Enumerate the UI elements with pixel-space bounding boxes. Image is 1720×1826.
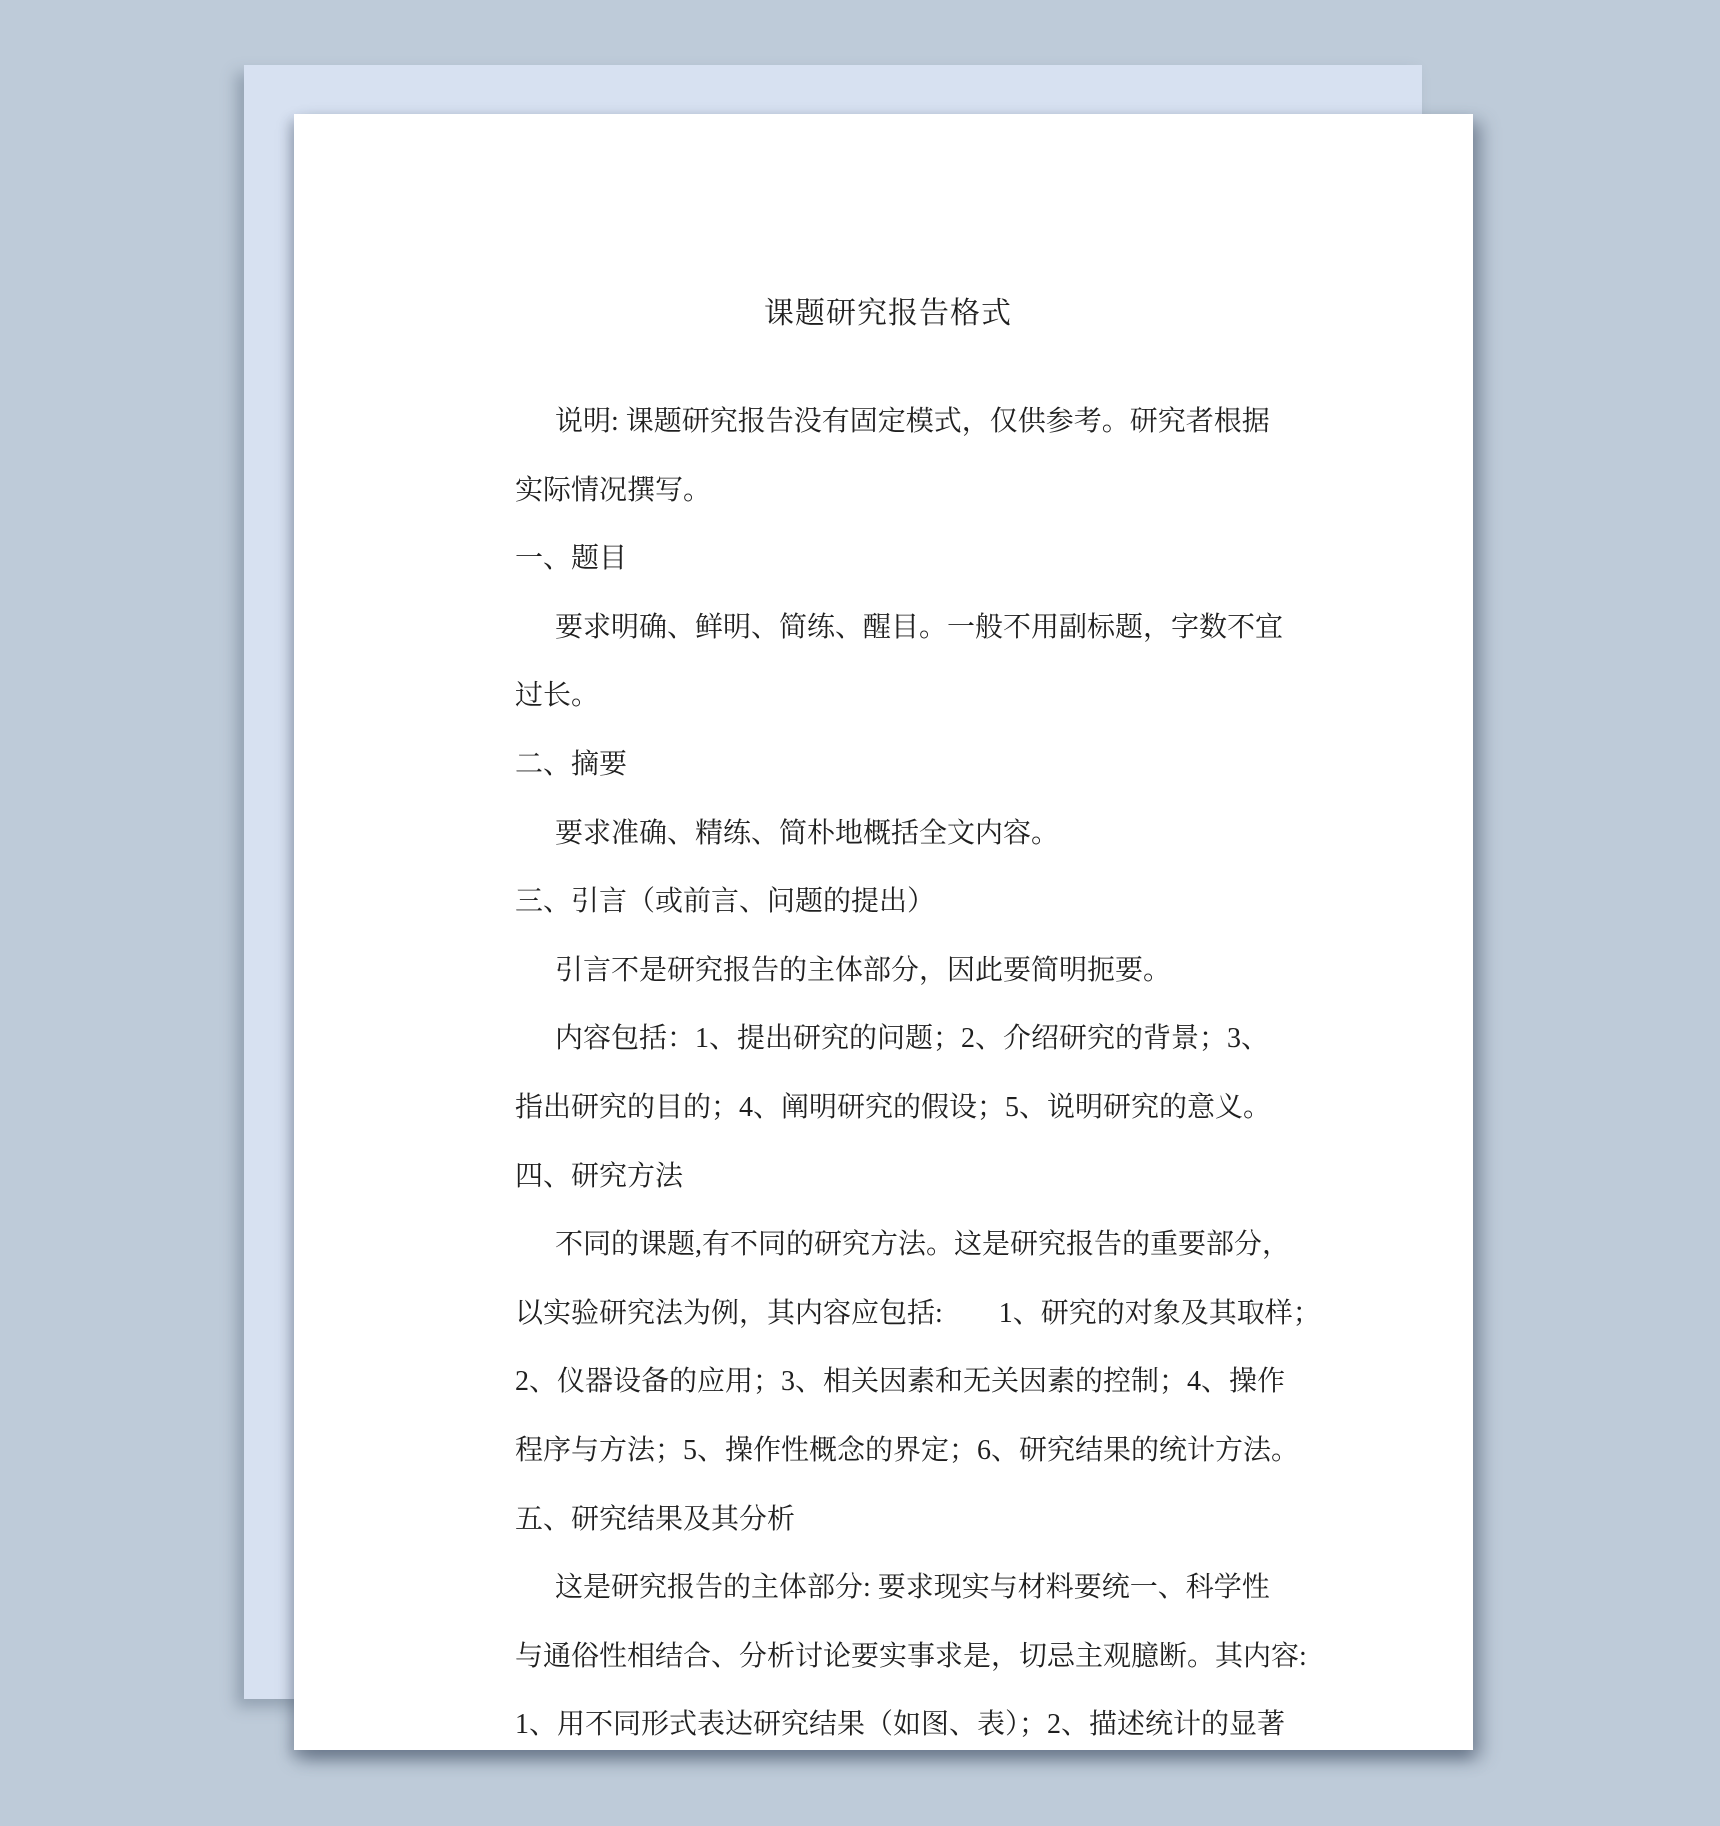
document-line: 内容包括：1、提出研究的问题；2、介绍研究的背景；3、 bbox=[515, 1005, 1261, 1074]
document-line: 程序与方法；5、操作性概念的界定；6、研究结果的统计方法。 bbox=[515, 1417, 1261, 1486]
document-line: 一、题目 bbox=[515, 525, 1261, 594]
document-line: 实际情况撰写。 bbox=[515, 457, 1261, 526]
desk-background: 课题研究报告格式 说明: 课题研究报告没有固定模式，仅供参考。研究者根据实际情况… bbox=[0, 0, 1720, 1826]
document-line: 过长。 bbox=[515, 662, 1261, 731]
document-line: 指出研究的目的；4、阐明研究的假设；5、说明研究的意义。 bbox=[515, 1074, 1261, 1143]
document-line: 以实验研究法为例，其内容应包括: 1、研究的对象及其取样； bbox=[515, 1280, 1261, 1349]
document-line: 五、研究结果及其分析 bbox=[515, 1486, 1261, 1555]
document-line: 要求准确、精练、简朴地概括全文内容。 bbox=[515, 800, 1261, 869]
document-line: 1、用不同形式表达研究结果（如图、表）；2、描述统计的显著 bbox=[515, 1691, 1261, 1760]
document-line: 三、引言（或前言、问题的提出） bbox=[515, 868, 1261, 937]
document-lines: 说明: 课题研究报告没有固定模式，仅供参考。研究者根据实际情况撰写。一、题目要求… bbox=[515, 388, 1261, 1760]
document-content: 课题研究报告格式 说明: 课题研究报告没有固定模式，仅供参考。研究者根据实际情况… bbox=[515, 291, 1261, 1760]
document-page: 课题研究报告格式 说明: 课题研究报告没有固定模式，仅供参考。研究者根据实际情况… bbox=[294, 114, 1473, 1750]
document-line: 与通俗性相结合、分析讨论要实事求是，切忌主观臆断。其内容: bbox=[515, 1623, 1261, 1692]
document-line: 说明: 课题研究报告没有固定模式，仅供参考。研究者根据 bbox=[515, 388, 1261, 457]
document-line: 这是研究报告的主体部分: 要求现实与材料要统一、科学性 bbox=[515, 1554, 1261, 1623]
document-line: 不同的课题,有不同的研究方法。这是研究报告的重要部分， bbox=[515, 1211, 1261, 1280]
document-line: 二、摘要 bbox=[515, 731, 1261, 800]
document-line: 引言不是研究报告的主体部分，因此要简明扼要。 bbox=[515, 937, 1261, 1006]
document-line: 2、仪器设备的应用；3、相关因素和无关因素的控制；4、操作 bbox=[515, 1348, 1261, 1417]
document-line: 要求明确、鲜明、简练、醒目。一般不用副标题，字数不宜 bbox=[515, 594, 1261, 663]
document-title: 课题研究报告格式 bbox=[515, 291, 1261, 336]
document-line: 四、研究方法 bbox=[515, 1143, 1261, 1212]
